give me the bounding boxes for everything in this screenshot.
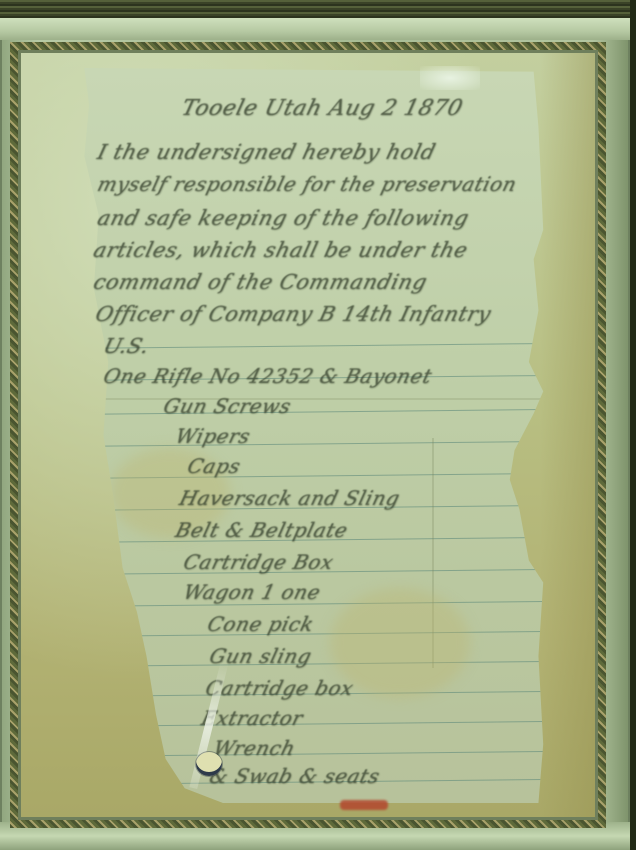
paper-fold-horizontal [70, 398, 548, 400]
item-cone-pick: Cone pick [205, 612, 316, 636]
item-cartridge-box: Cartridge Box [181, 550, 336, 574]
item-wipers: Wipers [173, 424, 253, 448]
document-body-line: command of the Commanding [91, 270, 430, 294]
paper-hole-damage [196, 752, 222, 776]
item-wagon: Wagon 1 one [181, 580, 323, 604]
document-body-line: myself responsible for the preservation [95, 172, 519, 196]
ruled-line [70, 441, 548, 447]
document-body-line: articles, which shall be under the [91, 238, 470, 262]
item-gun-screws: Gun Screws [161, 394, 294, 418]
document-dateline: Tooele Utah Aug 2 1870 [179, 96, 466, 121]
glass-glare [420, 66, 480, 90]
document-body-line: I the undersigned hereby hold [95, 140, 438, 164]
frame-top-rail [0, 18, 630, 40]
document-body-line: Officer of Company B 14th Infantry [93, 302, 494, 326]
item-wrench: Wrench [211, 736, 298, 760]
backing-shadow [540, 53, 595, 817]
document-body-line: and safe keeping of the following [95, 206, 472, 230]
item-caps: Caps [185, 454, 243, 478]
item-rifle: One Rifle No 42352 & Bayonet [101, 364, 435, 388]
document-body-line: U.S. [101, 334, 152, 358]
item-haversack: Haversack and Sling [177, 486, 403, 510]
red-stain-mark [340, 800, 388, 810]
item-belt: Belt & Beltplate [173, 518, 350, 542]
ruled-line [70, 409, 548, 415]
item-cartridge-box-2: Cartridge box [203, 676, 356, 700]
wall-shadow [630, 0, 636, 850]
item-swab: & Swab & seats [207, 764, 383, 788]
